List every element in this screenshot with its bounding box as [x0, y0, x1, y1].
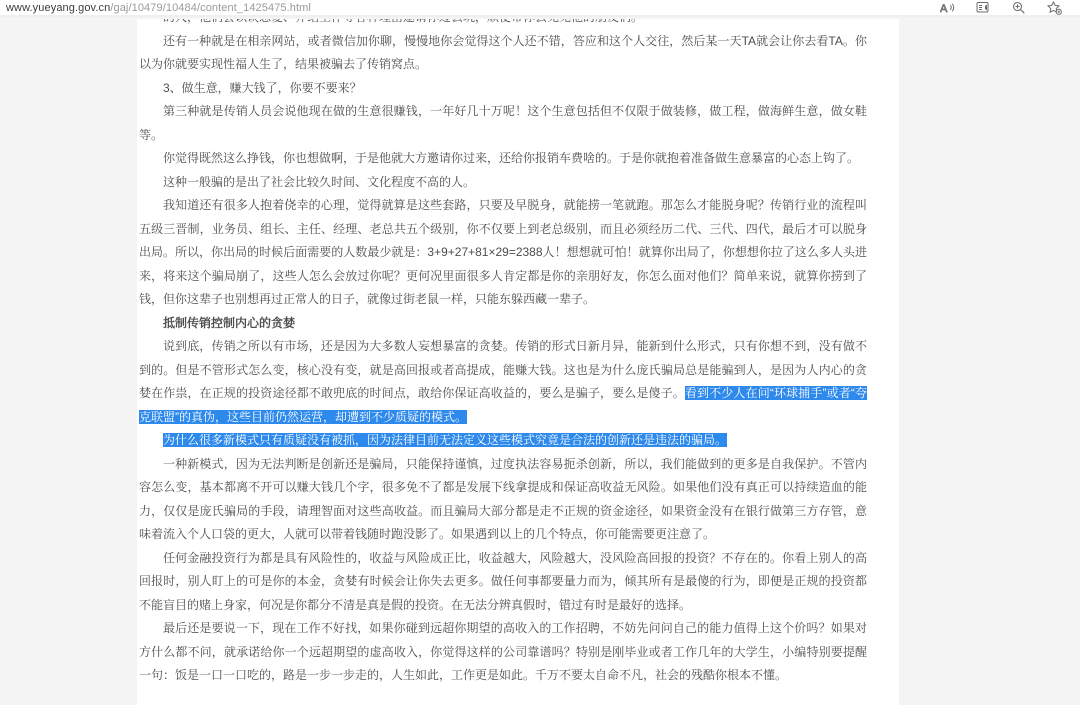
paragraph-text: 一种新模式，因为无法判断是创新还是骗局，只能保持谨慎，过度执法容易扼杀创新，所以…: [139, 457, 867, 542]
article-paragraph: 3、做生意，赚大钱了，你要不要来？: [139, 77, 867, 101]
article-paragraph: 这种一般骗的是出了社会比较久时间、文化程度不高的人。: [139, 171, 867, 195]
article-paragraph: 我知道还有很多人抱着侥幸的心理，觉得就算是这些套路，只要及早脱身，就能捞一笔就跑…: [139, 194, 867, 312]
favorites-star-icon[interactable]: [1047, 1, 1062, 15]
paragraph-text: 你觉得既然这么挣钱，你也想做啊，于是他就大方邀请你过来，还给你报销车费啥的。于是…: [163, 151, 859, 165]
article-paragraph: 第三种就是传销人员会说他现在做的生意很赚钱，一年好几十万呢！这个生意包括但不仅限…: [139, 100, 867, 147]
article-body: 的人，他们会以谈恋爱、介绍工作等各种理由邀请你过去玩，顺便带你去见见他的朋友们。…: [139, 19, 867, 688]
selected-text: 为什么很多新模式只有质疑没有被抓，因为法律目前无法定义这些模式究竟是合法的创新还…: [163, 433, 727, 447]
svg-text:A: A: [940, 3, 948, 14]
page-url[interactable]: www.yueyang.gov.cn/gaj/10479/10484/conte…: [6, 2, 311, 14]
article-paragraph: 说到底，传销之所以有市场，还是因为大多数人妄想暴富的贪婪。传销的形式日新月异，能…: [139, 335, 867, 429]
article-paragraph: 还有一种就是在相亲网站，或者微信加你聊，慢慢地你会觉得这个人还不错，答应和这个人…: [139, 30, 867, 77]
zoom-magnifier-icon[interactable]: [1012, 1, 1026, 14]
browser-toolbar-icons: A: [940, 1, 1062, 15]
paragraph-text: 我知道还有很多人抱着侥幸的心理，觉得就算是这些套路，只要及早脱身，就能捞一笔就跑…: [139, 198, 867, 306]
browser-address-bar[interactable]: www.yueyang.gov.cn/gaj/10479/10484/conte…: [0, 0, 1080, 17]
page-background: 的人，他们会以谈恋爱、介绍工作等各种理由邀请你过去玩，顺便带你去见见他的朋友们。…: [0, 19, 1080, 705]
paragraph-text: 第三种就是传销人员会说他现在做的生意很赚钱，一年好几十万呢！这个生意包括但不仅限…: [139, 104, 867, 142]
article-paragraph: 为什么很多新模式只有质疑没有被抓，因为法律目前无法定义这些模式究竟是合法的创新还…: [139, 429, 867, 453]
article-paragraph: 一种新模式，因为无法判断是创新还是骗局，只能保持谨慎，过度执法容易扼杀创新，所以…: [139, 453, 867, 547]
paragraph-text: 的人，他们会以谈恋爱、介绍工作等各种理由邀请你过去玩，顺便带你去见见他的朋友们。: [163, 19, 643, 24]
article-section-heading: 抵制传销控制内心的贪婪: [139, 312, 867, 336]
paragraph-text: 还有一种就是在相亲网站，或者微信加你聊，慢慢地你会觉得这个人还不错，答应和这个人…: [139, 34, 867, 72]
paragraph-text: 任何金融投资行为都是具有风险性的，收益与风险成正比，收益越大，风险越大，没风险高…: [139, 551, 867, 612]
paragraph-text: 3、做生意，赚大钱了，你要不要来？: [163, 81, 362, 95]
article-paragraph: 任何金融投资行为都是具有风险性的，收益与风险成正比，收益越大，风险越大，没风险高…: [139, 547, 867, 618]
read-aloud-icon[interactable]: A: [940, 1, 955, 14]
article-paragraph: 你觉得既然这么挣钱，你也想做啊，于是他就大方邀请你过来，还给你报销车费啥的。于是…: [139, 147, 867, 171]
immersive-reader-icon[interactable]: [976, 1, 991, 14]
clipped-top-line: 的人，他们会以谈恋爱、介绍工作等各种理由邀请你过去玩，顺便带你去见见他的朋友们。: [139, 19, 867, 30]
article-paragraph: 最后还是要说一下，现在工作不好找，如果你碰到远超你期望的高收入的工作招聘，不妨先…: [139, 617, 867, 688]
article-content-column[interactable]: 的人，他们会以谈恋爱、介绍工作等各种理由邀请你过去玩，顺便带你去见见他的朋友们。…: [137, 19, 899, 705]
paragraph-text: 最后还是要说一下，现在工作不好找，如果你碰到远超你期望的高收入的工作招聘，不妨先…: [139, 621, 867, 682]
url-domain: www.yueyang.gov.cn: [6, 2, 110, 14]
paragraph-text: 这种一般骗的是出了社会比较久时间、文化程度不高的人。: [163, 175, 475, 189]
paragraph-text: 抵制传销控制内心的贪婪: [163, 316, 295, 330]
url-path: /gaj/10479/10484/content_1425475.html: [110, 2, 311, 14]
